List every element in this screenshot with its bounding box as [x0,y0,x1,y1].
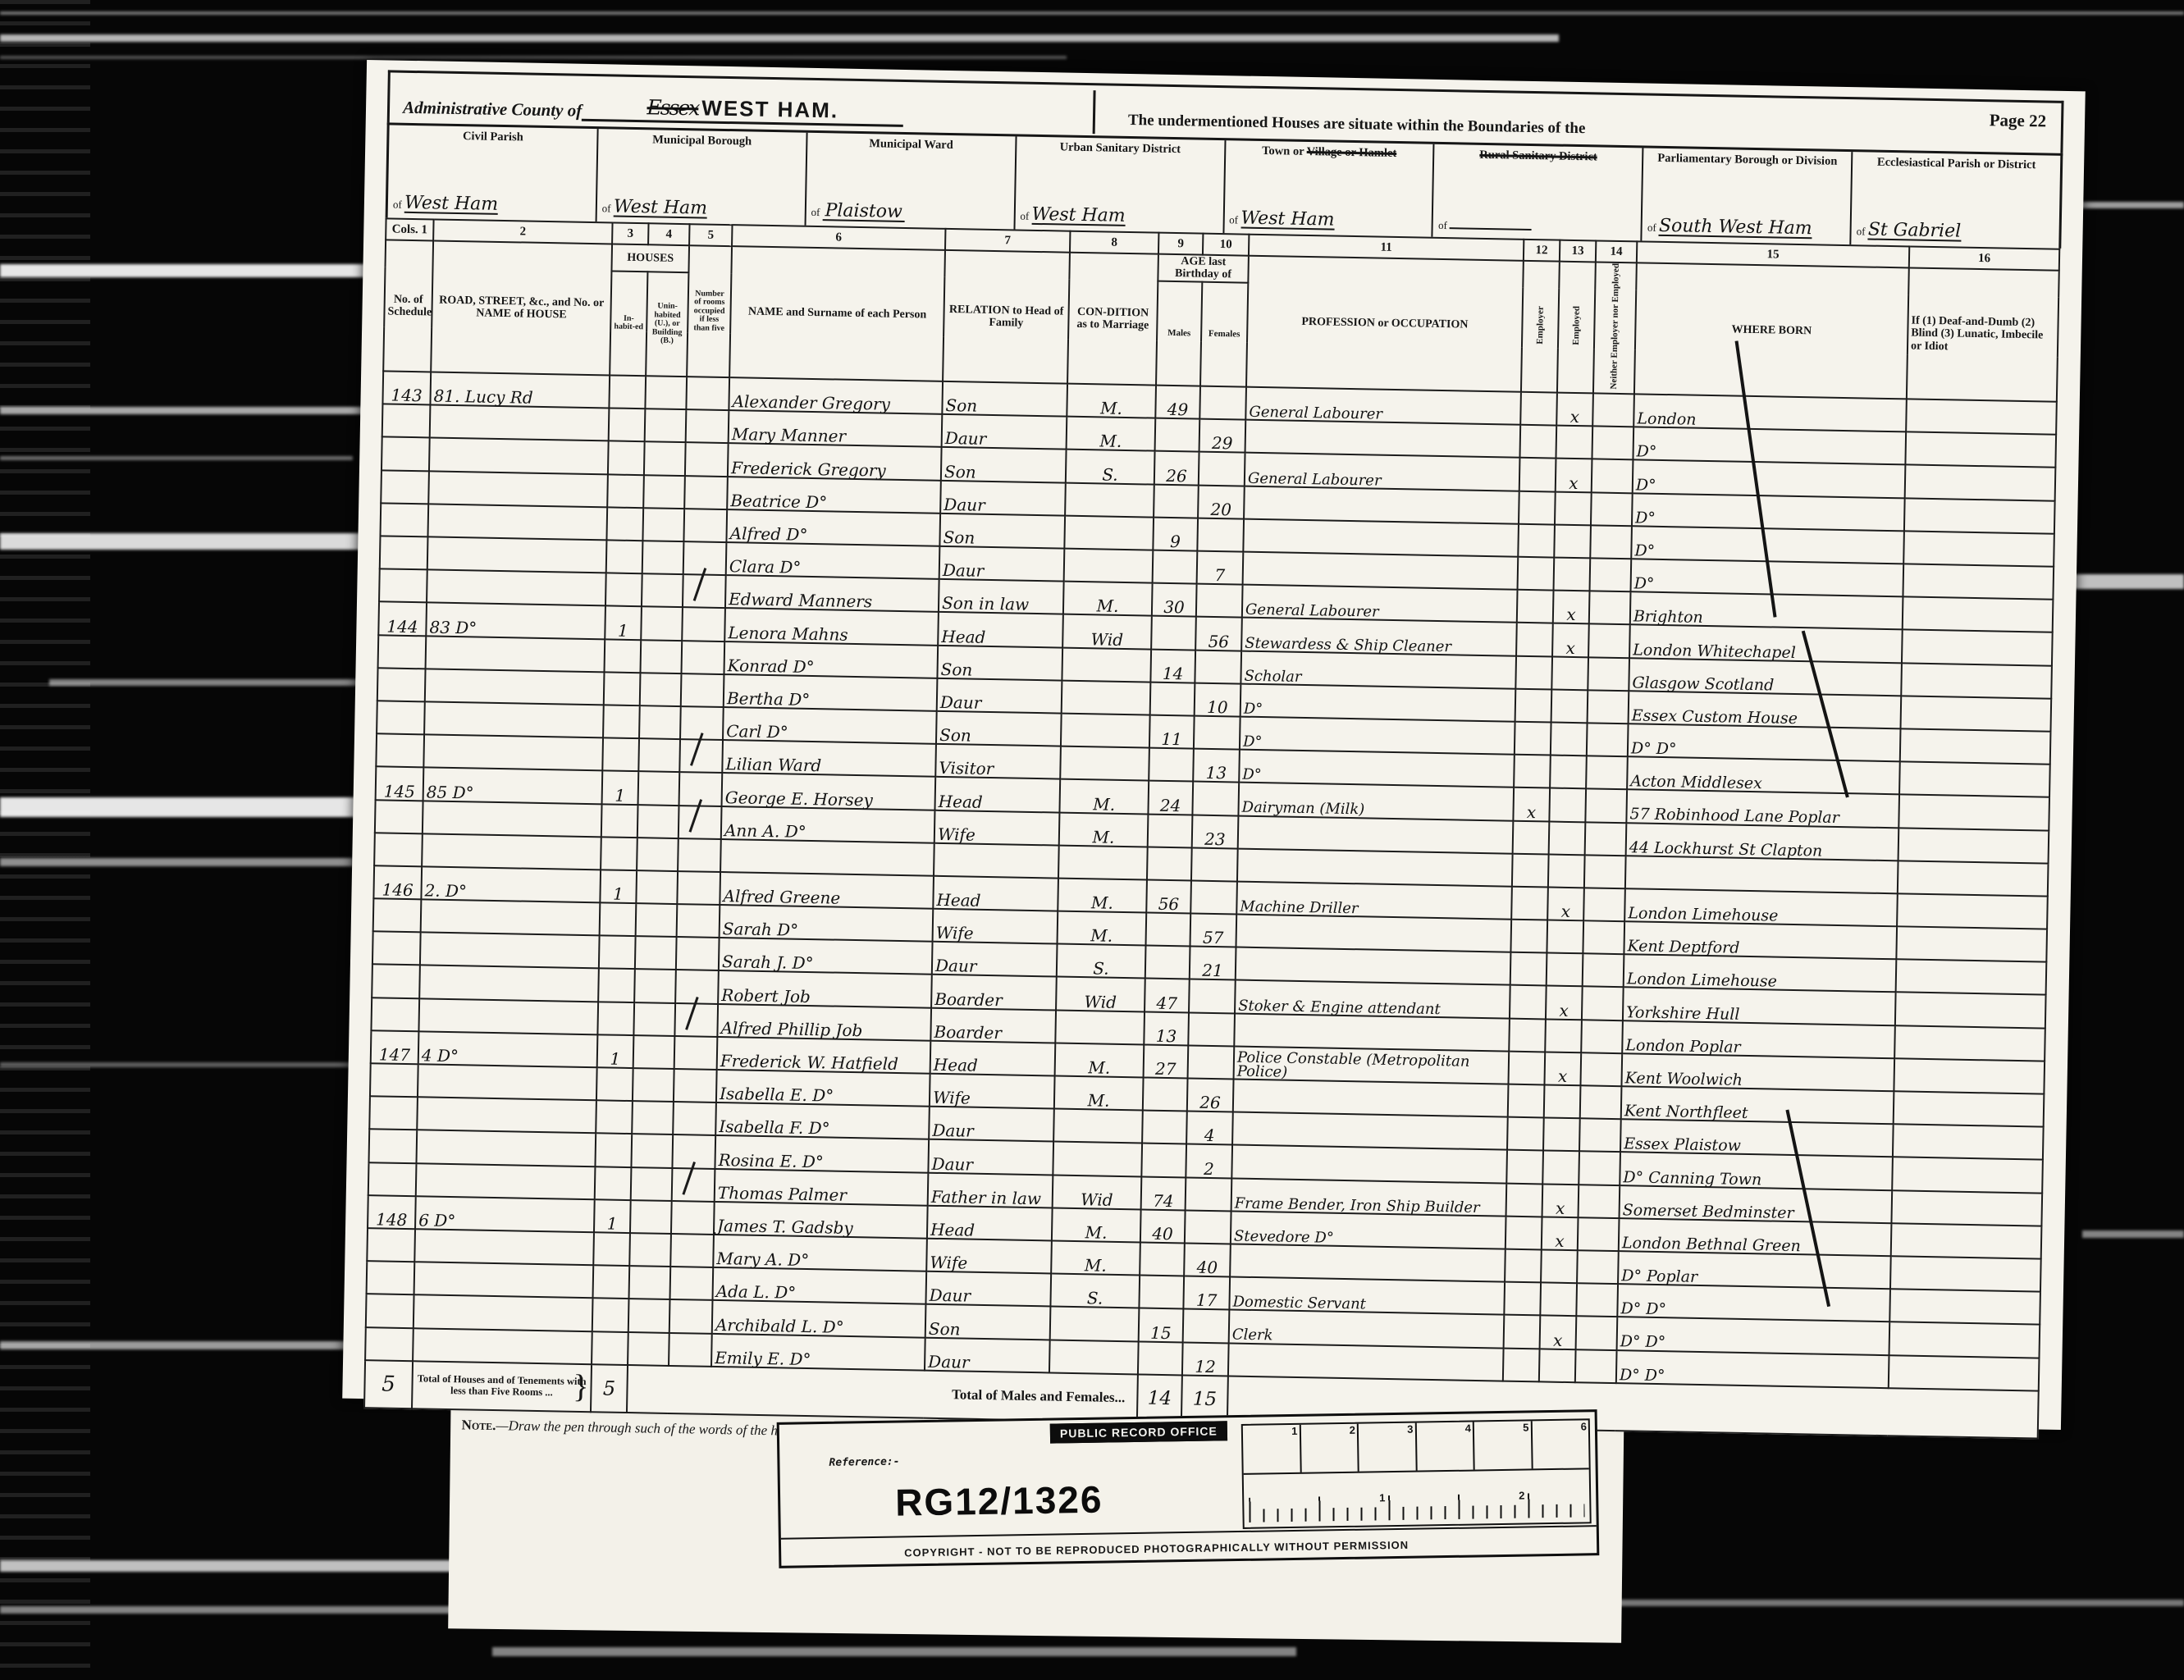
field-civil-parish: Civil Parish of West Ham [388,125,597,221]
cell-inhabited: 1 [605,606,642,640]
cell-uninhabited [630,1200,672,1234]
cell-employer [1520,392,1557,426]
cell-inhabited: 1 [594,1199,631,1233]
cell-inhabited [609,376,646,409]
cell-inhabited [593,1265,630,1299]
cell-condition: S. [1050,1274,1140,1308]
cell-born: London Poplar [1622,1020,1895,1058]
cell-relation: Daur [932,942,1058,977]
cell-neither [1587,723,1629,756]
cell-neither [1578,1217,1620,1251]
field-ecclesiastical-parish: Ecclesiastical Parish or District of St … [1849,152,2060,249]
cell-infirmity [1905,432,2056,468]
cell-inhabited [595,1166,632,1200]
field-label: Rural Sanitary District [1439,148,1637,165]
cell-condition: M. [1067,417,1156,451]
cell-infirmity [1889,1355,2040,1391]
cell-occupation [1230,1244,1505,1281]
cell-occupation: Stoker & Engine attendant [1235,980,1510,1018]
header-condition: CON-DITION as to Marriage [1067,253,1158,386]
cell-schedule: 145 [376,767,424,801]
cell-age_f: 57 [1190,914,1236,947]
cell-neither [1592,459,1633,493]
cell-born: Glasgow Scotland [1629,658,1902,696]
cell-relation: Head [930,1041,1056,1076]
cell-born: Kent Deptford [1624,921,1897,959]
field-value: of West Ham [602,199,800,220]
cell-rooms [670,1234,714,1267]
cell-schedule [370,1063,418,1097]
cell-address: 6 D° [415,1196,595,1232]
cell-inhabited [609,409,646,442]
cell-occupation [1243,552,1519,590]
cell-infirmity [1898,828,2049,864]
cell-rooms [677,871,720,905]
cell-age_f [1188,1012,1235,1046]
ruler-inches: 1 2 3 4 5 6 [1243,1420,1589,1475]
header-profession: PROFESSION or OCCUPATION [1246,256,1524,392]
cell-infirmity [1898,861,2049,897]
column-number: 12 [1524,240,1560,262]
cell-uninhabited [644,442,686,476]
cell-condition [1062,647,1151,682]
cell-age_f: 17 [1183,1276,1230,1310]
cell-occupation [1228,1343,1504,1381]
cell-inhabited [606,507,643,541]
cell-rooms [674,1003,718,1037]
census-table: Cols. 1 2345678910111213141516 No. of Sc… [363,217,2060,1439]
cell-infirmity [1906,399,2057,435]
cell-schedule [367,1261,415,1294]
cell-uninhabited [639,705,681,739]
cell-age_f: 2 [1186,1144,1232,1178]
cell-name: Lenora Mahns [724,608,939,645]
cell-relation: Son [941,447,1067,482]
cell-address: 83 D° [426,603,605,639]
cell-neither [1584,855,1626,888]
cell-neither [1592,427,1633,460]
cell-relation: Head [927,1205,1053,1240]
cell-schedule [379,569,427,603]
cell-rooms [686,409,729,443]
cell-name: Archibald L. D° [712,1300,926,1337]
cell-occupation: D° [1239,750,1515,787]
cell-age_m: 13 [1144,1011,1189,1045]
cell-age_m [1138,1341,1183,1375]
cell-occupation [1236,947,1511,985]
header-road-street: ROAD, STREET, &c., and No. or NAME of HO… [431,240,612,375]
column-number: 4 [648,223,689,245]
cell-employer [1506,1183,1543,1217]
field-value: of Plaistow [811,203,1008,224]
cell-condition [1065,482,1154,517]
cell-infirmity [1893,1124,2044,1160]
reference-label: Reference:- [829,1456,899,1469]
column-number: 13 [1560,240,1596,262]
cell-relation: Boarder [931,975,1057,1010]
film-streak [0,34,1559,42]
cell-employer [1510,920,1547,953]
cell-schedule [367,1228,415,1262]
cell-uninhabited [637,838,679,871]
field-value: of South West Ham [1647,218,1845,240]
cell-infirmity [1902,630,2053,666]
cell-inhabited [599,936,636,970]
cell-neither [1577,1250,1619,1284]
cell-relation: Daur [937,678,1062,714]
cell-relation: Daur [942,414,1067,450]
cell-infirmity [1891,1190,2042,1226]
header-uninhabited: Unin-habited (U.), or Building (B.) [646,272,688,377]
cell-born: D° [1631,526,1904,564]
cell-inhabited [608,441,645,475]
cell-infirmity [1895,993,2046,1029]
cell-uninhabited [641,607,683,641]
cell-born: D° D° [1617,1284,1890,1322]
cell-born: D° Poplar [1618,1251,1891,1289]
cell-occupation: Scholar [1240,651,1516,688]
cell-infirmity [1903,564,2054,600]
cell-schedule [373,898,422,932]
cell-rooms [674,1069,717,1102]
cell-employer [1511,887,1548,920]
field-urban-sanitary-district: Urban Sanitary District of West Ham [1013,136,1224,233]
totals-houses-value: 5 [591,1364,628,1413]
admin-county-value: Essex WEST HAM. [582,94,904,127]
cell-occupation: Machine Driller [1236,881,1512,919]
cell-infirmity [1897,893,2048,929]
cell-age_f: 12 [1182,1342,1229,1376]
cell-uninhabited [643,475,685,509]
totals-houses-label: Total of Houses and of Tenements with le… [412,1361,592,1412]
brace-glyph: } [573,1368,589,1404]
cell-age_m: 9 [1153,517,1198,550]
cell-relation: Daur [929,1107,1054,1142]
cell-address: 81. Lucy Rd [430,372,610,409]
cell-address: 85 D° [423,768,603,804]
cell-age_f: 13 [1193,749,1240,783]
cell-rooms [681,673,724,707]
cell-employed: x [1542,1217,1579,1250]
cell-age_f [1188,1045,1235,1079]
cell-age_f [1191,847,1238,881]
cell-relation: Father in law [928,1172,1053,1207]
cell-age_f [1199,452,1245,486]
cell-neither [1588,624,1630,658]
cell-rooms [673,1102,716,1135]
cell-condition: M. [1051,1240,1140,1275]
cell-name: Frederick W. Hatfield [717,1037,931,1074]
crossed-label: Village or Hamlet [1307,145,1397,160]
cell-inhabited [592,1299,629,1332]
cell-employed [1556,426,1592,459]
cell-infirmity [1905,465,2056,501]
cell-schedule [366,1294,414,1328]
cell-employer [1513,820,1550,854]
cell-infirmity [1891,1223,2042,1259]
cell-infirmity [1904,498,2055,534]
cell-born: 57 Robinhood Lane Poplar [1626,790,1899,828]
cell-born: D° [1631,559,1904,596]
cell-schedule: 143 [382,371,431,404]
cell-name: Konrad D° [724,641,938,678]
cell-employer [1515,722,1551,756]
cell-relation: Boarder [930,1007,1056,1043]
cell-occupation [1238,815,1514,853]
cell-age_m: 47 [1145,979,1190,1012]
cell-age_f: 29 [1199,419,1246,453]
cell-rooms [685,443,729,477]
cell-name: Thomas Palmer [715,1169,929,1206]
cell-age_m: 14 [1150,649,1195,682]
cell-employed [1544,1084,1581,1118]
header-males: Males [1156,281,1202,386]
cell-condition [1062,680,1151,714]
cell-schedule: 144 [378,602,427,636]
cell-employer: x [1513,787,1550,821]
cell-occupation: General Labourer [1245,453,1520,491]
pro-office-stamp: PUBLIC RECORD OFFICE [1050,1421,1227,1443]
cell-infirmity [1894,1025,2045,1061]
cell-neither [1590,525,1632,559]
column-number: 9 [1158,233,1203,255]
cell-name: Lilian Ward [722,740,936,777]
cell-age_m: 56 [1146,879,1191,913]
cell-employed: x [1547,887,1584,920]
cell-employer [1518,557,1555,591]
header-where-born: WHERE BORN [1634,262,1909,399]
cell-occupation: D° [1240,717,1515,755]
cell-inhabited [596,1101,633,1134]
cell-schedule [382,404,431,438]
cell-condition [1061,714,1150,748]
cell-rooms [679,806,722,839]
cell-employer [1519,491,1556,524]
cell-age_f [1199,386,1246,420]
cell-infirmity [1892,1157,2043,1194]
cell-rooms [669,1332,712,1366]
cell-name: Isabella E. D° [716,1070,930,1107]
column-number: 8 [1070,231,1158,254]
crossed-label: Rural Sanitary District [1479,148,1597,164]
cell-relation: Wife [934,810,1060,845]
header-rooms: Number of rooms occupied if less than fi… [687,245,732,377]
cell-uninhabited [645,409,687,443]
cell-relation: Visitor [935,744,1061,779]
cell-occupation: Frame Bender, Iron Ship Builder [1231,1178,1507,1216]
cell-employed [1554,524,1591,558]
cell-inhabited [604,672,641,705]
cell-address [422,833,601,870]
cell-schedule [369,1096,418,1130]
film-streak [0,11,2184,15]
cell-condition: Wid [1062,614,1152,649]
cell-rooms [669,1267,713,1300]
cell-age_f [1183,1309,1230,1343]
cell-employed: x [1544,1052,1581,1085]
cell-employer [1512,853,1549,887]
cell-employed: x [1553,591,1590,624]
copyright-notice: COPYRIGHT - NOT TO BE REPRODUCED PHOTOGR… [904,1539,1409,1559]
cell-inhabited [596,1067,633,1101]
cell-rooms [683,574,726,608]
cell-age_f: 26 [1187,1079,1234,1112]
cell-schedule [376,733,424,767]
cell-age_m [1142,1111,1187,1144]
reference-number: RG12/1326 [895,1477,1103,1525]
cell-born: Somerset Bedminster [1620,1185,1893,1223]
cell-age_m [1150,682,1195,715]
cell-schedule [380,536,428,569]
cell-occupation: Clerk [1229,1310,1505,1348]
cell-neither [1589,591,1631,625]
cell-inhabited: 1 [602,771,639,805]
film-streak [2076,202,2184,208]
cell-schedule [377,701,425,734]
cell-age_m: 11 [1149,715,1195,749]
cell-uninhabited [645,376,687,409]
cell-address [423,735,603,771]
cell-employer [1515,655,1552,689]
cell-uninhabited [631,1134,673,1167]
cell-employer [1519,425,1556,459]
cell-employer [1507,1117,1544,1151]
column-number: 7 [945,229,1070,253]
cell-uninhabited [638,738,680,772]
cell-condition: M. [1067,384,1156,418]
cell-born: D° D° [1628,724,1901,761]
cell-employer [1504,1282,1541,1316]
cell-name: Emily E. D° [711,1333,925,1370]
cell-address [430,405,610,441]
cell-uninhabited [640,673,682,706]
cell-age_m [1146,913,1191,947]
cell-neither [1582,987,1624,1020]
cell-infirmity [1898,795,2049,831]
cell-address [428,471,608,507]
cell-age_f: 7 [1197,551,1244,585]
cell-neither [1583,954,1624,988]
cell-neither [1576,1283,1618,1317]
cell-name: Mary A. D° [713,1235,927,1271]
cell-rooms [686,377,729,410]
cell-relation: Son in law [939,579,1064,614]
cell-schedule [375,800,423,833]
cell-age_m [1143,1078,1188,1112]
column-number: 16 [1909,246,2059,270]
cell-relation: Wife [926,1239,1052,1274]
cell-employer [1505,1249,1542,1283]
cell-uninhabited [631,1167,673,1201]
cell-address [426,636,605,672]
cell-condition [1064,549,1154,583]
cell-employer [1504,1315,1541,1349]
cell-neither [1588,690,1629,724]
cell-age_m: 40 [1140,1209,1186,1243]
cell-infirmity [1894,1091,2045,1127]
strip-divider [781,1525,1597,1540]
header-employed: Employed [1557,262,1596,394]
cell-condition [1058,845,1148,879]
field-label: Urban Sanitary District [1021,140,1219,157]
cell-employed [1547,920,1583,954]
cell-condition: M. [1058,911,1147,946]
cell-address [421,899,601,935]
ruler-inch-cell: 6 [1532,1420,1588,1468]
cell-name: Carl D° [723,707,937,744]
cell-age_f [1186,1177,1232,1211]
cell-inhabited [600,902,637,936]
cell-address [423,801,602,837]
cell-name: Robert Job [718,970,932,1007]
film-streak [2082,1230,2184,1238]
cell-age_m [1153,550,1198,584]
cell-occupation: General Labourer [1245,387,1521,425]
cell-born: D° D° [1616,1350,1889,1388]
cell-employer [1506,1150,1543,1184]
cell-relation: Daur [925,1337,1050,1372]
cell-born: D° Canning Town [1620,1153,1893,1190]
cell-employer [1518,524,1555,558]
cell-name: Sarah D° [720,905,934,942]
cell-infirmity [1894,1058,2045,1094]
cell-infirmity [1889,1289,2040,1325]
header-neither: Neither Employer nor Employed [1593,262,1637,394]
column-number: 10 [1203,234,1249,256]
cell-age_f [1185,1210,1231,1244]
field-label: Municipal Ward [812,136,1010,153]
cell-infirmity [1903,531,2054,567]
cell-age_m [1155,418,1200,452]
cell-relation [934,842,1059,878]
ruler-cm-major-ticks [1249,1492,1584,1522]
cell-employer [1508,1051,1545,1084]
cell-name [720,839,934,876]
cell-address [413,1295,593,1331]
cell-infirmity [1889,1322,2040,1358]
cell-age_m [1154,484,1199,518]
cell-relation: Head [934,777,1060,812]
cell-inhabited [602,738,639,772]
cell-employed [1540,1283,1577,1317]
cell-schedule [372,965,420,998]
cell-uninhabited [642,508,684,541]
cell-employed [1545,1019,1582,1052]
header-relation: RELATION to Head of Family [943,250,1070,384]
cell-employer [1508,1084,1545,1118]
cell-age_m: 24 [1148,781,1193,815]
cell-uninhabited [637,805,679,838]
cell-employed [1541,1249,1578,1283]
cell-neither [1580,1085,1622,1119]
cell-uninhabited [642,573,683,607]
cell-employer [1510,952,1547,986]
cell-occupation [1234,1013,1510,1051]
ruler-inch-cell: 4 [1416,1422,1474,1471]
cell-condition [1050,1307,1140,1341]
cell-occupation: Stewardess & Ship Cleaner [1241,618,1517,655]
cell-employer [1514,755,1551,788]
cell-occupation [1237,848,1513,886]
cell-occupation [1243,518,1519,556]
cell-condition: M. [1058,878,1147,912]
cell-age_m [1151,616,1196,650]
cell-uninhabited [629,1233,671,1267]
cell-condition: M. [1054,1076,1144,1111]
cell-condition [1055,1010,1145,1044]
cell-occupation: Stevedore D° [1231,1211,1506,1249]
cell-infirmity [1890,1256,2041,1292]
